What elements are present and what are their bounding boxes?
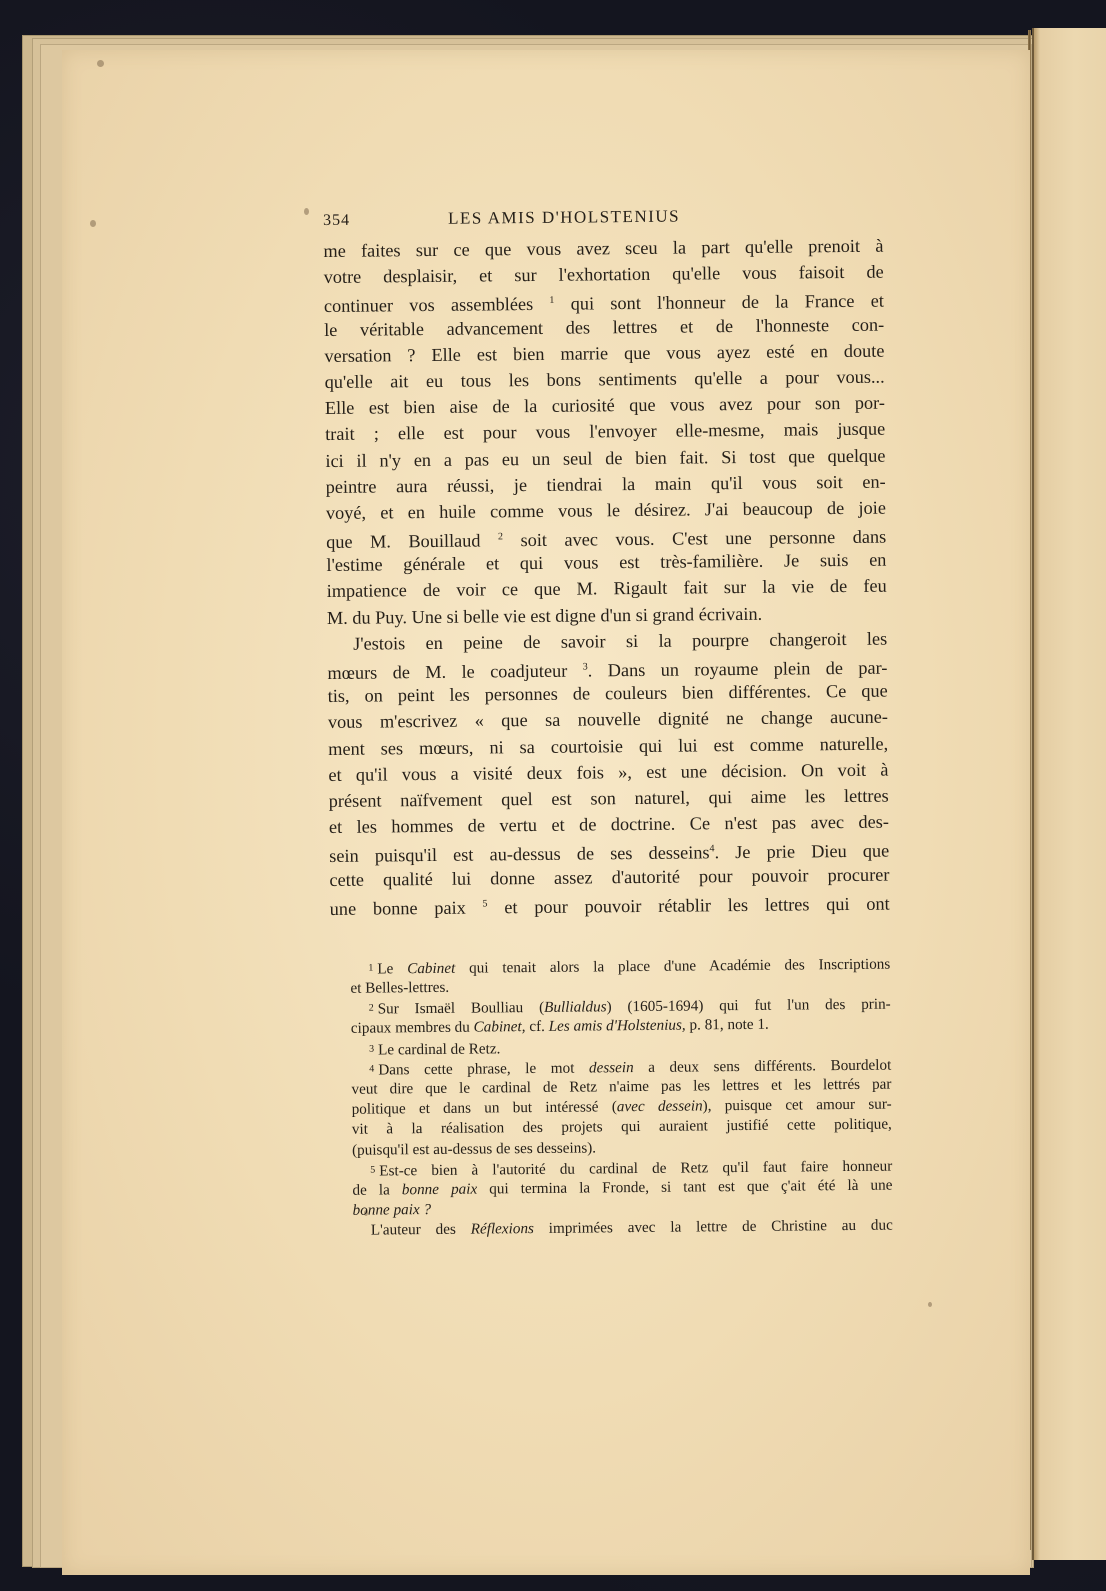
paper-speck (90, 220, 96, 227)
footnotes: 1Le Cabinet qui tenait alors la place d'… (330, 953, 893, 1241)
body-line: une bonne paix 5 et pour pouvoir rétabli… (330, 887, 890, 919)
paper-speck (97, 60, 104, 67)
page-number: 354 (323, 212, 350, 230)
footnote-ref[interactable]: 5 (482, 898, 487, 909)
facing-page (1032, 28, 1106, 1560)
running-head-title: LES AMIS D'HOLSTENIUS (448, 207, 680, 229)
footnote-ref[interactable]: 2 (498, 531, 503, 542)
paper-speck (304, 208, 309, 215)
paper-speck (928, 1302, 932, 1307)
page-text: 354 LES AMIS D'HOLSTENIUS me faites sur … (323, 203, 893, 1242)
footnote-ref[interactable]: 1 (549, 295, 554, 306)
body-text: me faites sur ce que vous avez sceu la p… (323, 233, 890, 919)
running-head: 354 LES AMIS D'HOLSTENIUS (323, 203, 883, 238)
body-line: impatience de voir ce que M. Rigault fai… (327, 573, 887, 605)
